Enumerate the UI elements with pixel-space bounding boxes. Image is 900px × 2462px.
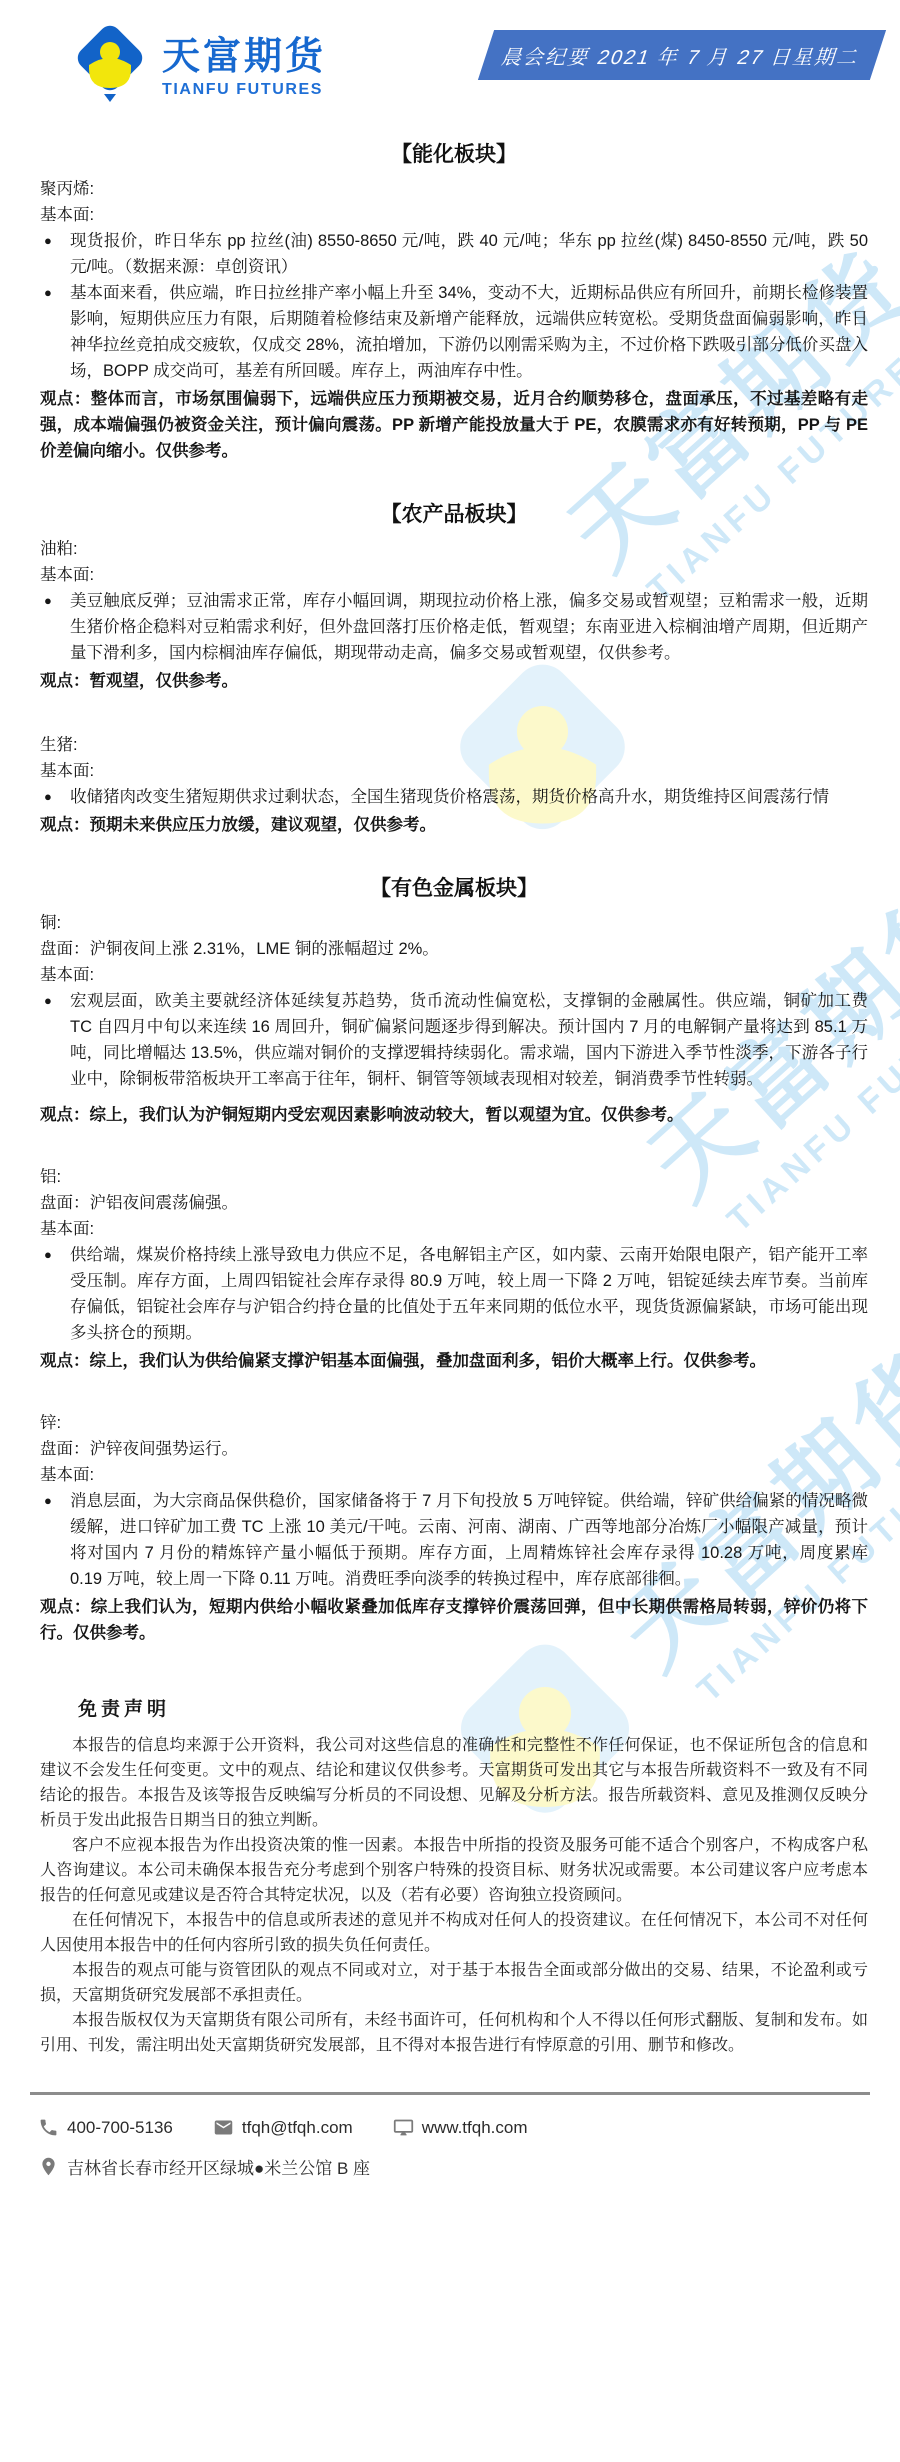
- disclaimer-section: 免责声明 本报告的信息均来源于公开资料，我公司对这些信息的准确性和完整性不作任何…: [0, 1670, 900, 2058]
- bullet-icon: ●: [40, 228, 70, 280]
- bullet-icon: ●: [40, 588, 70, 666]
- report-header: 天富期货 TIANFU FUTURES 晨会纪要 2021 年 7 月 27 日…: [0, 0, 900, 118]
- disclaimer-paragraph: 本报告版权仅为天富期货有限公司所有，未经书面许可，任何机构和个人不得以任何形式翻…: [40, 2008, 868, 2058]
- bullet-item: ● 收储猪肉改变生猪短期供求过剩状态，全国生猪现货价格震荡，期货价格高升水，期货…: [40, 784, 868, 810]
- brand-name-cn: 天富期货: [162, 37, 326, 79]
- commodity-name: 锌:: [40, 1410, 868, 1436]
- section-title: 【有色金属板块】: [40, 872, 868, 902]
- bullet-icon: ●: [40, 1488, 70, 1592]
- contact-row: 吉林省长春市经开区绿城●米兰公馆 B 座: [38, 2154, 870, 2179]
- bullet-icon: ●: [40, 988, 70, 1092]
- fundamentals-label: 基本面:: [40, 202, 868, 228]
- date-banner-text: 晨会纪要 2021 年 7 月 27 日星期二: [499, 41, 866, 70]
- fundamentals-label: 基本面:: [40, 1462, 868, 1488]
- bullet-text: 现货报价，昨日华东 pp 拉丝(油) 8550-8650 元/吨，跌 40 元/…: [70, 228, 868, 280]
- viewpoint-text: 观点：预期未来供应压力放缓，建议观望，仅供参考。: [40, 812, 868, 838]
- monitor-icon: [393, 2117, 414, 2138]
- report-footer: 400-700-5136 tfqh@tfqh.com www.tfqh.com: [30, 2092, 870, 2209]
- viewpoint-text: 观点：综上，我们认为沪铜短期内受宏观因素影响波动较大，暂以观望为宜。仅供参考。: [40, 1102, 868, 1128]
- address-contact: 吉林省长春市经开区绿城●米兰公馆 B 座: [38, 2154, 370, 2179]
- commodity-copper: 铜: 盘面：沪铜夜间上涨 2.31%，LME 铜的涨幅超过 2%。 基本面: ●…: [40, 910, 868, 1128]
- bullet-item: ● 现货报价，昨日华东 pp 拉丝(油) 8550-8650 元/吨，跌 40 …: [40, 228, 868, 280]
- report-page: 天富期货 TIANFU FUTURES 天富期货 TIANFU FUTURES …: [0, 0, 900, 2462]
- bullet-icon: ●: [40, 784, 70, 810]
- envelope-icon: [213, 2117, 234, 2138]
- bullet-text: 消息层面，为大宗商品保供稳价，国家储备将于 7 月下旬投放 5 万吨锌锭。供给端…: [70, 1488, 868, 1592]
- viewpoint-text: 观点：暂观望，仅供参考。: [40, 668, 868, 694]
- commodity-name: 油粕:: [40, 536, 868, 562]
- viewpoint-text: 观点：整体而言，市场氛围偏弱下，远端供应压力预期被交易，近月合约顺势移仓，盘面承…: [40, 386, 868, 464]
- fundamentals-label: 基本面:: [40, 758, 868, 784]
- phone-icon: [38, 2117, 59, 2138]
- logo-diamond-icon: [72, 22, 148, 114]
- disclaimer-paragraph: 在任何情况下，本报告中的信息或所表述的意见并不构成对任何人的投资建议。在任何情况…: [40, 1908, 868, 1958]
- section-title: 【能化板块】: [40, 138, 868, 168]
- disclaimer-paragraph: 客户不应视本报告为作出投资决策的惟一因素。本报告中所指的投资及服务可能不适合个别…: [40, 1833, 868, 1908]
- section-agricultural: 【农产品板块】 油粕: 基本面: ● 美豆触底反弹；豆油需求正常，库存小幅回调，…: [40, 498, 868, 838]
- bullet-text: 供给端，煤炭价格持续上涨导致电力供应不足，各电解铝主产区，如内蒙、云南开始限电限…: [70, 1242, 868, 1346]
- commodity-aluminum: 铝: 盘面：沪铝夜间震荡偏强。 基本面: ● 供给端，煤炭价格持续上涨导致电力供…: [40, 1164, 868, 1374]
- market-line: 盘面：沪锌夜间强势运行。: [40, 1436, 868, 1462]
- commodity-name: 聚丙烯:: [40, 176, 868, 202]
- bullet-icon: ●: [40, 1242, 70, 1346]
- bullet-icon: ●: [40, 280, 70, 384]
- commodity-zinc: 锌: 盘面：沪锌夜间强势运行。 基本面: ● 消息层面，为大宗商品保供稳价，国家…: [40, 1410, 868, 1646]
- bullet-text: 收储猪肉改变生猪短期供求过剩状态，全国生猪现货价格震荡，期货价格高升水，期货维持…: [70, 784, 868, 810]
- phone-number: 400-700-5136: [67, 2118, 173, 2138]
- viewpoint-text: 观点：综上我们认为，短期内供给小幅收紧叠加低库存支撑锌价震荡回弹，但中长期供需格…: [40, 1594, 868, 1646]
- commodity-live-hogs: 生猪: 基本面: ● 收储猪肉改变生猪短期供求过剩状态，全国生猪现货价格震荡，期…: [40, 732, 868, 838]
- bullet-text: 美豆触底反弹；豆油需求正常，库存小幅回调，期现拉动价格上涨，偏多交易或暂观望；豆…: [70, 588, 868, 666]
- fundamentals-label: 基本面:: [40, 962, 868, 988]
- bullet-item: ● 宏观层面，欧美主要就经济体延续复苏趋势，货币流动性偏宽松，支撑铜的金融属性。…: [40, 988, 868, 1092]
- section-title: 【农产品板块】: [40, 498, 868, 528]
- phone-contact: 400-700-5136: [38, 2117, 173, 2138]
- commodity-name: 铝:: [40, 1164, 868, 1190]
- report-body: 【能化板块】 聚丙烯: 基本面: ● 现货报价，昨日华东 pp 拉丝(油) 85…: [0, 118, 900, 1646]
- market-line: 盘面：沪铝夜间震荡偏强。: [40, 1190, 868, 1216]
- email-address[interactable]: tfqh@tfqh.com: [242, 2118, 353, 2138]
- bullet-item: ● 基本面来看，供应端，昨日拉丝排产率小幅上升至 34%，变动不大，近期标品供应…: [40, 280, 868, 384]
- bullet-item: ● 供给端，煤炭价格持续上涨导致电力供应不足，各电解铝主产区，如内蒙、云南开始限…: [40, 1242, 868, 1346]
- fundamentals-label: 基本面:: [40, 1216, 868, 1242]
- email-contact: tfqh@tfqh.com: [213, 2117, 353, 2138]
- date-banner: 晨会纪要 2021 年 7 月 27 日星期二: [478, 30, 886, 80]
- section-nonferrous-metals: 【有色金属板块】 铜: 盘面：沪铜夜间上涨 2.31%，LME 铜的涨幅超过 2…: [40, 872, 868, 1646]
- section-energy-chemicals: 【能化板块】 聚丙烯: 基本面: ● 现货报价，昨日华东 pp 拉丝(油) 85…: [40, 138, 868, 464]
- website-url[interactable]: www.tfqh.com: [422, 2118, 528, 2138]
- bullet-item: ● 消息层面，为大宗商品保供稳价，国家储备将于 7 月下旬投放 5 万吨锌锭。供…: [40, 1488, 868, 1592]
- market-line: 盘面：沪铜夜间上涨 2.31%，LME 铜的涨幅超过 2%。: [40, 936, 868, 962]
- location-pin-icon: [38, 2156, 59, 2177]
- disclaimer-paragraph: 本报告的观点可能与资管团队的观点不同或对立，对于基于本报告全面或部分做出的交易、…: [40, 1958, 868, 2008]
- website-contact: www.tfqh.com: [393, 2117, 528, 2138]
- commodity-polypropylene: 聚丙烯: 基本面: ● 现货报价，昨日华东 pp 拉丝(油) 8550-8650…: [40, 176, 868, 464]
- commodity-name: 生猪:: [40, 732, 868, 758]
- bullet-item: ● 美豆触底反弹；豆油需求正常，库存小幅回调，期现拉动价格上涨，偏多交易或暂观望…: [40, 588, 868, 666]
- viewpoint-text: 观点：综上，我们认为供给偏紧支撑沪铝基本面偏强，叠加盘面利多，铝价大概率上行。仅…: [40, 1348, 868, 1374]
- disclaimer-paragraph: 本报告的信息均来源于公开资料，我公司对这些信息的准确性和完整性不作任何保证，也不…: [40, 1733, 868, 1833]
- commodity-oil-meal: 油粕: 基本面: ● 美豆触底反弹；豆油需求正常，库存小幅回调，期现拉动价格上涨…: [40, 536, 868, 694]
- bullet-text: 宏观层面，欧美主要就经济体延续复苏趋势，货币流动性偏宽松，支撑铜的金融属性。供应…: [70, 988, 868, 1092]
- commodity-name: 铜:: [40, 910, 868, 936]
- contact-row: 400-700-5136 tfqh@tfqh.com www.tfqh.com: [38, 2117, 870, 2138]
- fundamentals-label: 基本面:: [40, 562, 868, 588]
- bullet-text: 基本面来看，供应端，昨日拉丝排产率小幅上升至 34%，变动不大，近期标品供应有所…: [70, 280, 868, 384]
- brand-name-en: TIANFU FUTURES: [162, 81, 326, 99]
- address-text: 吉林省长春市经开区绿城●米兰公馆 B 座: [67, 2154, 370, 2179]
- disclaimer-title: 免责声明: [78, 1694, 868, 1721]
